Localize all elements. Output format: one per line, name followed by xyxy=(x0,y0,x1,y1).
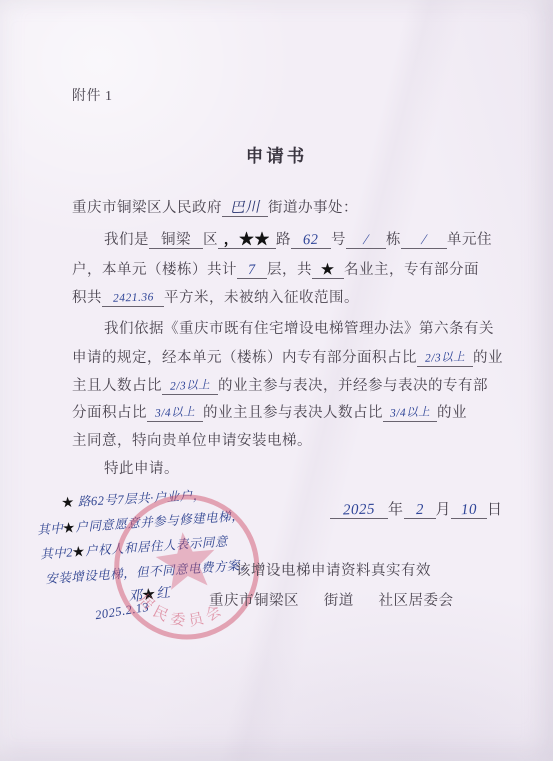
day-blank: 10 xyxy=(451,503,487,519)
body-line-owner-ratio: 主且人数占比2/3以上的业主参与表决，并经参与表决的专有部 xyxy=(72,374,488,395)
vote-area-blank: 3/4以上 xyxy=(147,405,203,422)
body-line-vote-ratio: 分面积占比3/4以上的业主且参与表决人数占比3/4以上的业 xyxy=(72,401,467,422)
closing-line: 特此申请。 xyxy=(104,457,179,478)
street-number-blank: 62 xyxy=(291,233,331,249)
text-vote-count-label: 的业主且参与表决人数占比 xyxy=(203,405,383,421)
text-road-suffix: 路 xyxy=(276,232,291,248)
handwritten-building-slash: ∕ xyxy=(364,233,367,248)
owner-ratio-blank: 2/3以上 xyxy=(162,378,218,395)
body-line-consent: 主同意，特向贵单位申请安装电梯。 xyxy=(72,429,312,450)
handwritten-vote-area-ratio: 3/4以上 xyxy=(155,405,196,421)
building-blank: ∕ xyxy=(346,233,386,249)
floors-blank: 7 xyxy=(237,263,267,279)
seal-star-icon xyxy=(153,529,219,592)
month-label: 月 xyxy=(436,502,452,518)
text-area-label: 积共 xyxy=(72,290,102,306)
text-owner-ratio-suffix: 的业主参与表决，并经参与表决的专有部 xyxy=(218,378,488,394)
filled-district: 铜梁 xyxy=(161,232,191,248)
day-label: 日 xyxy=(487,502,503,518)
area-ratio-blank: 2/3以上 xyxy=(417,350,473,367)
body-line-regulation: 我们依据《重庆市既有住宅增设电梯管理办法》第六条有关 xyxy=(104,317,494,338)
year-blank: 2025 xyxy=(330,503,388,519)
text-owners-label: 层，共 xyxy=(267,262,312,278)
handwritten-street-name: 巴川 xyxy=(230,200,261,216)
handwritten-street-number: 62 xyxy=(303,233,319,249)
handwritten-unit-slash: ∕ xyxy=(422,233,425,248)
handwritten-month: 2 xyxy=(415,503,424,518)
validity-statement: 该增设电梯申请资料真实有效 xyxy=(236,559,431,580)
note-line2-pre: 其中 xyxy=(37,521,64,537)
handwritten-owner-ratio: 2/3以上 xyxy=(170,378,211,394)
month-blank: 2 xyxy=(404,503,436,519)
handwritten-area-ratio: 2/3以上 xyxy=(425,350,466,366)
district-blank: 铜梁 xyxy=(149,233,203,249)
unit-blank: ∕ xyxy=(401,233,447,249)
scanned-document-page: 附件 1 申请书 重庆市铜梁区人民政府巴川街道办事处： 我们是铜梁区，★★路62… xyxy=(0,0,553,761)
text-vote-area-label: 分面积占比 xyxy=(72,405,147,421)
handwritten-year: 2025 xyxy=(343,502,376,518)
street-name-blank: 巴川 xyxy=(222,201,268,217)
redacted-owner-count: ★ xyxy=(321,262,335,278)
text-owners-suffix: 名业主，专有部分面 xyxy=(344,262,479,278)
note-redaction-star3: ★ xyxy=(72,544,85,559)
text-owner-ratio-label: 主且人数占比 xyxy=(72,378,162,394)
note-line3-pre: 其中2 xyxy=(40,545,74,561)
salutation-prefix: 重庆市铜梁区人民政府 xyxy=(72,200,222,216)
date-line: 2025年2月10日 xyxy=(330,498,503,519)
handwritten-area-value: 2421.36 xyxy=(112,290,153,306)
text-total-floors-label: 户，本单元（楼栋）共计 xyxy=(72,262,237,278)
text-district-suffix: 区 xyxy=(203,232,218,248)
text-number-suffix: 号 xyxy=(331,232,346,248)
handwritten-vote-count-ratio: 3/4以上 xyxy=(390,405,431,421)
text-we-are: 我们是 xyxy=(104,232,149,248)
salutation-suffix: 街道办事处： xyxy=(268,200,358,216)
area-blank: 2421.36 xyxy=(102,290,164,307)
handwritten-day: 10 xyxy=(461,503,478,519)
redacted-road-name: ，★★ xyxy=(224,232,271,248)
attachment-label: 附件 1 xyxy=(72,85,113,105)
vote-count-blank: 3/4以上 xyxy=(383,405,437,422)
body-line-area-ratio: 申请的规定，经本单元（楼栋）内专有部分面积占比2/3以上的业 xyxy=(72,346,503,367)
document-title: 申请书 xyxy=(0,143,553,168)
text-building-suffix: 栋 xyxy=(386,232,401,248)
handwritten-floor-count: 7 xyxy=(248,263,256,278)
body-line-address: 我们是铜梁区，★★路62号∕栋∕单元住 xyxy=(104,228,492,249)
year-label: 年 xyxy=(388,502,404,518)
committee-line: 重庆市铜梁区 街道 社区居委会 xyxy=(209,589,454,610)
body-line-area: 积共2421.36平方米，未被纳入征收范围。 xyxy=(72,286,359,307)
text-vote-suffix: 的业 xyxy=(437,405,467,421)
salutation-line: 重庆市铜梁区人民政府巴川街道办事处： xyxy=(72,196,358,217)
note-redaction-star: ★ xyxy=(62,495,75,510)
text-area-suffix: 平方米，未被纳入征收范围。 xyxy=(164,290,359,306)
text-unit-suffix: 单元住 xyxy=(447,232,492,248)
text-area-ratio-suffix: 的业 xyxy=(473,350,503,366)
owners-blank: ★ xyxy=(312,263,344,279)
body-line-floors-owners: 户，本单元（楼栋）共计7层，共★名业主，专有部分面 xyxy=(72,258,479,279)
text-area-ratio-label: 申请的规定，经本单元（楼栋）内专有部分面积占比 xyxy=(72,350,417,366)
road-blank: ，★★ xyxy=(218,233,276,249)
